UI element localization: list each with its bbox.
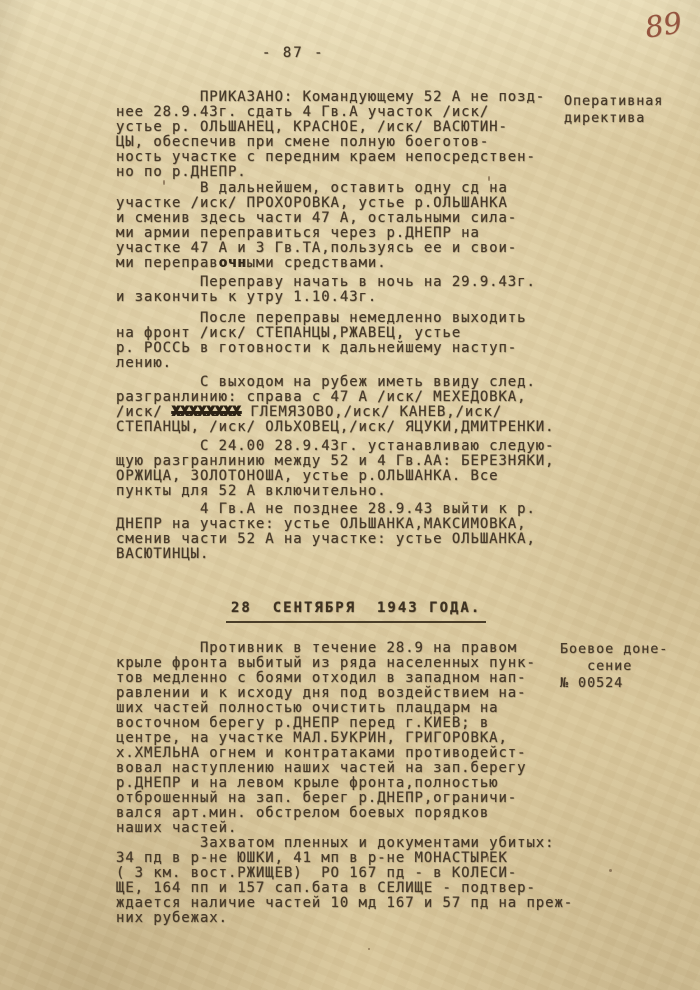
paragraph-ordered-handover: ПРИКАЗАНО: Командующему 52 А не позд- не…: [116, 90, 545, 180]
paper-speck: [368, 948, 370, 950]
paragraph-crossing-schedule: Переправу начать в ночь на 29.9.43г. и з…: [116, 275, 536, 305]
paragraph-demarcation-52-4gv: С 24.00 28.9.43г. устанавливаю следую- щ…: [116, 439, 554, 499]
paragraph-further-crossing: В дальнейшем, оставить одну сд на участк…: [116, 181, 517, 271]
paper-speck: [487, 856, 489, 862]
paper-speck: [163, 180, 165, 185]
paragraph-enemy-situation: Противник в течение 28.9 на правом крыле…: [116, 641, 536, 836]
overtyped-letters: очн: [219, 255, 247, 271]
paper-speck: [488, 176, 490, 181]
margin-note-combat-report-number: Боевое доне- сение № 00524: [560, 641, 668, 692]
date-section-heading: 28 СЕНТЯБРЯ 1943 ГОДА.: [226, 601, 486, 623]
typed-page-number: - 87 -: [262, 46, 325, 61]
paragraph-4th-guards-army: 4 Гв.А не позднее 28.9.43 выйти к р. ДНЕ…: [116, 502, 536, 562]
paper-speck: [609, 869, 612, 872]
paragraph-text: ыми средствами.: [247, 255, 387, 271]
margin-note-operational-directive: Оперативная директива: [564, 93, 663, 127]
handwritten-folio-number: 89: [643, 5, 685, 44]
paragraph-after-crossing-front: После переправы немедленно выходить на ф…: [116, 311, 526, 371]
stricken-word: ХХХХХХХХ: [172, 404, 241, 420]
scanned-document-page: 89 - 87 - ПРИКАЗАНО: Командующему 52 А н…: [0, 0, 700, 990]
paragraph-prisoners-documents: Захватом пленных и документами убитых: 3…: [116, 836, 573, 926]
paragraph-boundary-line-right: С выходом на рубеж иметь ввиду след. раз…: [116, 375, 554, 435]
